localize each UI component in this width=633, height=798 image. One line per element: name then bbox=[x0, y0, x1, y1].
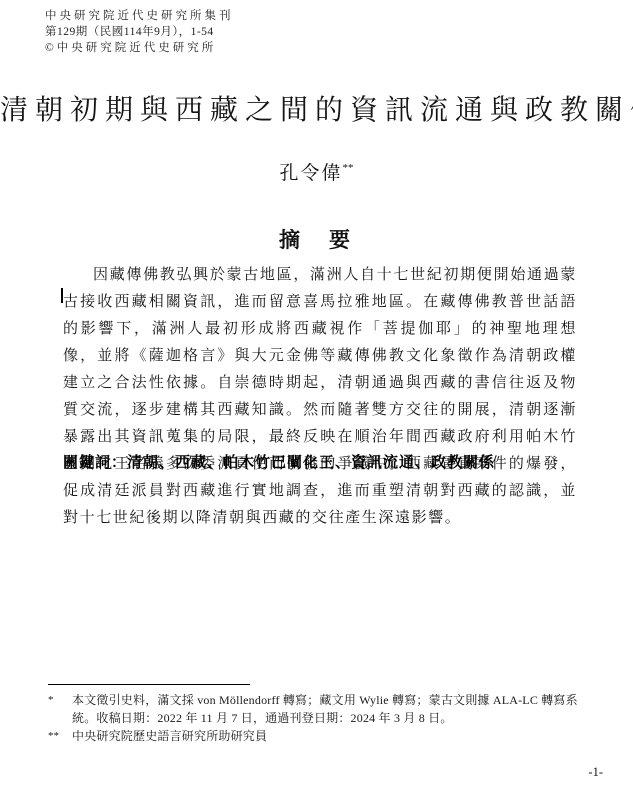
article-author: 孔令偉** bbox=[0, 158, 633, 185]
keywords-label: 關鍵詞： bbox=[63, 455, 127, 471]
keywords-text: 清朝、西藏、帕木竹巴闡化王、資訊流通、政教關係 bbox=[127, 455, 495, 471]
journal-name: 中央研究院近代史研究所集刊 bbox=[45, 8, 234, 24]
footnote-item: * 本文徵引史料，滿文採 von Möllendorff 轉寫；藏文用 Wyli… bbox=[48, 691, 593, 727]
author-footnote-marker: ** bbox=[343, 162, 354, 174]
footnote-item: ** 中央研究院歷史語言研究所助研究員 bbox=[48, 727, 593, 745]
footnote-separator-rule bbox=[48, 684, 250, 685]
journal-issue-info: 第129期（民國114年9月），1-54 bbox=[45, 24, 234, 40]
abstract-heading: 摘 要 bbox=[0, 224, 633, 254]
footnotes: * 本文徵引史料，滿文採 von Möllendorff 轉寫；藏文用 Wyli… bbox=[48, 691, 593, 745]
text-cursor bbox=[61, 288, 63, 303]
footnote-text: 本文徵引史料，滿文採 von Möllendorff 轉寫；藏文用 Wylie … bbox=[72, 691, 593, 727]
journal-copyright: ©中央研究院近代史研究所 bbox=[45, 40, 234, 56]
footnote-marker: ** bbox=[48, 727, 72, 745]
footnote-text: 中央研究院歷史語言研究所助研究員 bbox=[72, 727, 593, 745]
abstract-body: 因藏傳佛教弘興於蒙古地區，滿洲人自十七世紀初期便開始通過蒙古接收西藏相關資訊，進… bbox=[63, 262, 577, 532]
keywords-line: 關鍵詞：清朝、西藏、帕木竹巴闡化王、資訊流通、政教關係 bbox=[63, 451, 583, 472]
journal-header: 中央研究院近代史研究所集刊 第129期（民國114年9月），1-54 ©中央研究… bbox=[45, 8, 234, 56]
footnote-marker: * bbox=[48, 691, 72, 727]
article-title-text: 清朝初期與西藏之間的資訊流通與政教關係 bbox=[0, 95, 633, 126]
author-name: 孔令偉 bbox=[279, 163, 342, 184]
page-number: -1- bbox=[588, 765, 603, 780]
journal-article-page: 中央研究院近代史研究所集刊 第129期（民國114年9月），1-54 ©中央研究… bbox=[0, 0, 633, 798]
article-title: 清朝初期與西藏之間的資訊流通與政教關係* bbox=[0, 88, 633, 128]
